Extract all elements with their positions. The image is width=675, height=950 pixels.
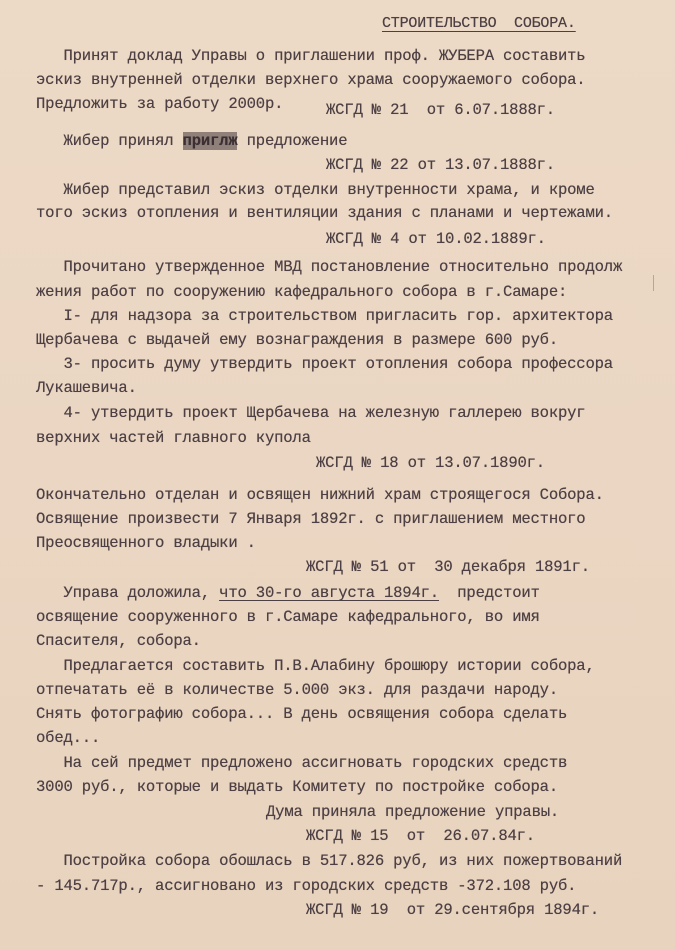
paragraph-line: Постройка собора обошлась в 517.826 руб,…	[36, 851, 622, 871]
paragraph-line: верхних частей главного купола	[36, 428, 311, 448]
paragraph-line: того эскиз отопления и вентиляции здания…	[36, 203, 613, 223]
paragraph-line: Жибер принял приглж предложение	[36, 131, 347, 151]
paragraph-line: Управа доложила, что 30-го августа 1894г…	[36, 583, 540, 603]
paragraph-line: эскиз внутренней отделки верхнего храма …	[36, 70, 585, 90]
reference-line: ЖСГД № 4 от 10.02.1889г.	[326, 229, 546, 249]
reference-line: ЖСГД № 22 от 13.07.1888г.	[326, 155, 555, 175]
paragraph-line: обед...	[36, 728, 100, 748]
document-title: СТРОИТЕЛЬСТВО СОБОРА.	[382, 14, 576, 34]
paragraph-line: Окончательно отделан и освящен нижний хр…	[36, 485, 604, 505]
struck-out-text: приглж	[183, 132, 238, 150]
resolution-line: Дума приняла предложение управы.	[266, 802, 559, 822]
text-segment: предложение	[237, 132, 347, 150]
reference-line: ЖСГД № 51 от 30 декабря 1891г.	[306, 557, 590, 577]
paragraph-line: Освящение произвести 7 Января 1892г. с п…	[36, 509, 585, 529]
paragraph-line: жения работ по сооружению кафедрального …	[36, 282, 567, 302]
paper-mark	[653, 275, 654, 291]
text-segment: предстоит	[439, 584, 540, 602]
underlined-date: что 30-го августа 1894г.	[219, 584, 439, 602]
paragraph-line: Жибер представил эскиз отделки внутренно…	[36, 180, 595, 200]
paragraph-line: Предлагается составить П.В.Алабину брошю…	[36, 656, 595, 676]
paragraph-line: Преосвященного владыки .	[36, 533, 256, 553]
paragraph-line: Снять фотографию собора... В день освяще…	[36, 704, 567, 724]
paragraph-line: отпечатать её в количестве 5.000 экз. дл…	[36, 680, 558, 700]
reference-line: ЖСГД № 15 от 26.07.84г.	[306, 826, 535, 846]
document-page: СТРОИТЕЛЬСТВО СОБОРА. Принят доклад Упра…	[0, 0, 675, 950]
paragraph-line: Щербачева с выдачей ему вознаграждения в…	[36, 330, 558, 350]
text-segment: Жибер принял	[36, 132, 183, 150]
paragraph-line: Принят доклад Управы о приглашении проф.…	[36, 46, 585, 66]
paragraph-line: Спасителя, собора.	[36, 631, 201, 651]
paragraph-line: 4- утвердить проект Щербачева на железну…	[36, 403, 585, 423]
paragraph-line: 3000 руб., которые и выдать Комитету по …	[36, 777, 558, 797]
reference-line: ЖСГД № 21 от 6.07.1888г.	[326, 100, 555, 120]
paragraph-line: Предложить за работу 2000р.	[36, 94, 283, 114]
reference-line: ЖСГД № 18 от 13.07.1890г.	[316, 453, 545, 473]
paragraph-line: I- для надзора за строительством приглас…	[36, 306, 613, 326]
paragraph-line: На сей предмет предложено ассигновать го…	[36, 753, 567, 773]
paragraph-line: 3- просить думу утвердить проект отоплен…	[36, 354, 613, 374]
paragraph-line: Лукашевича.	[36, 378, 137, 398]
paragraph-line: Прочитано утвержденное МВД постановление…	[36, 257, 622, 277]
paragraph-line: - 145.717р., ассигновано из городских ср…	[36, 876, 576, 896]
text-segment: Управа доложила,	[36, 584, 219, 602]
paragraph-line: освящение сооруженного в г.Самаре кафедр…	[36, 607, 540, 627]
reference-line: ЖСГД № 19 от 29.сентября 1894г.	[306, 900, 599, 920]
